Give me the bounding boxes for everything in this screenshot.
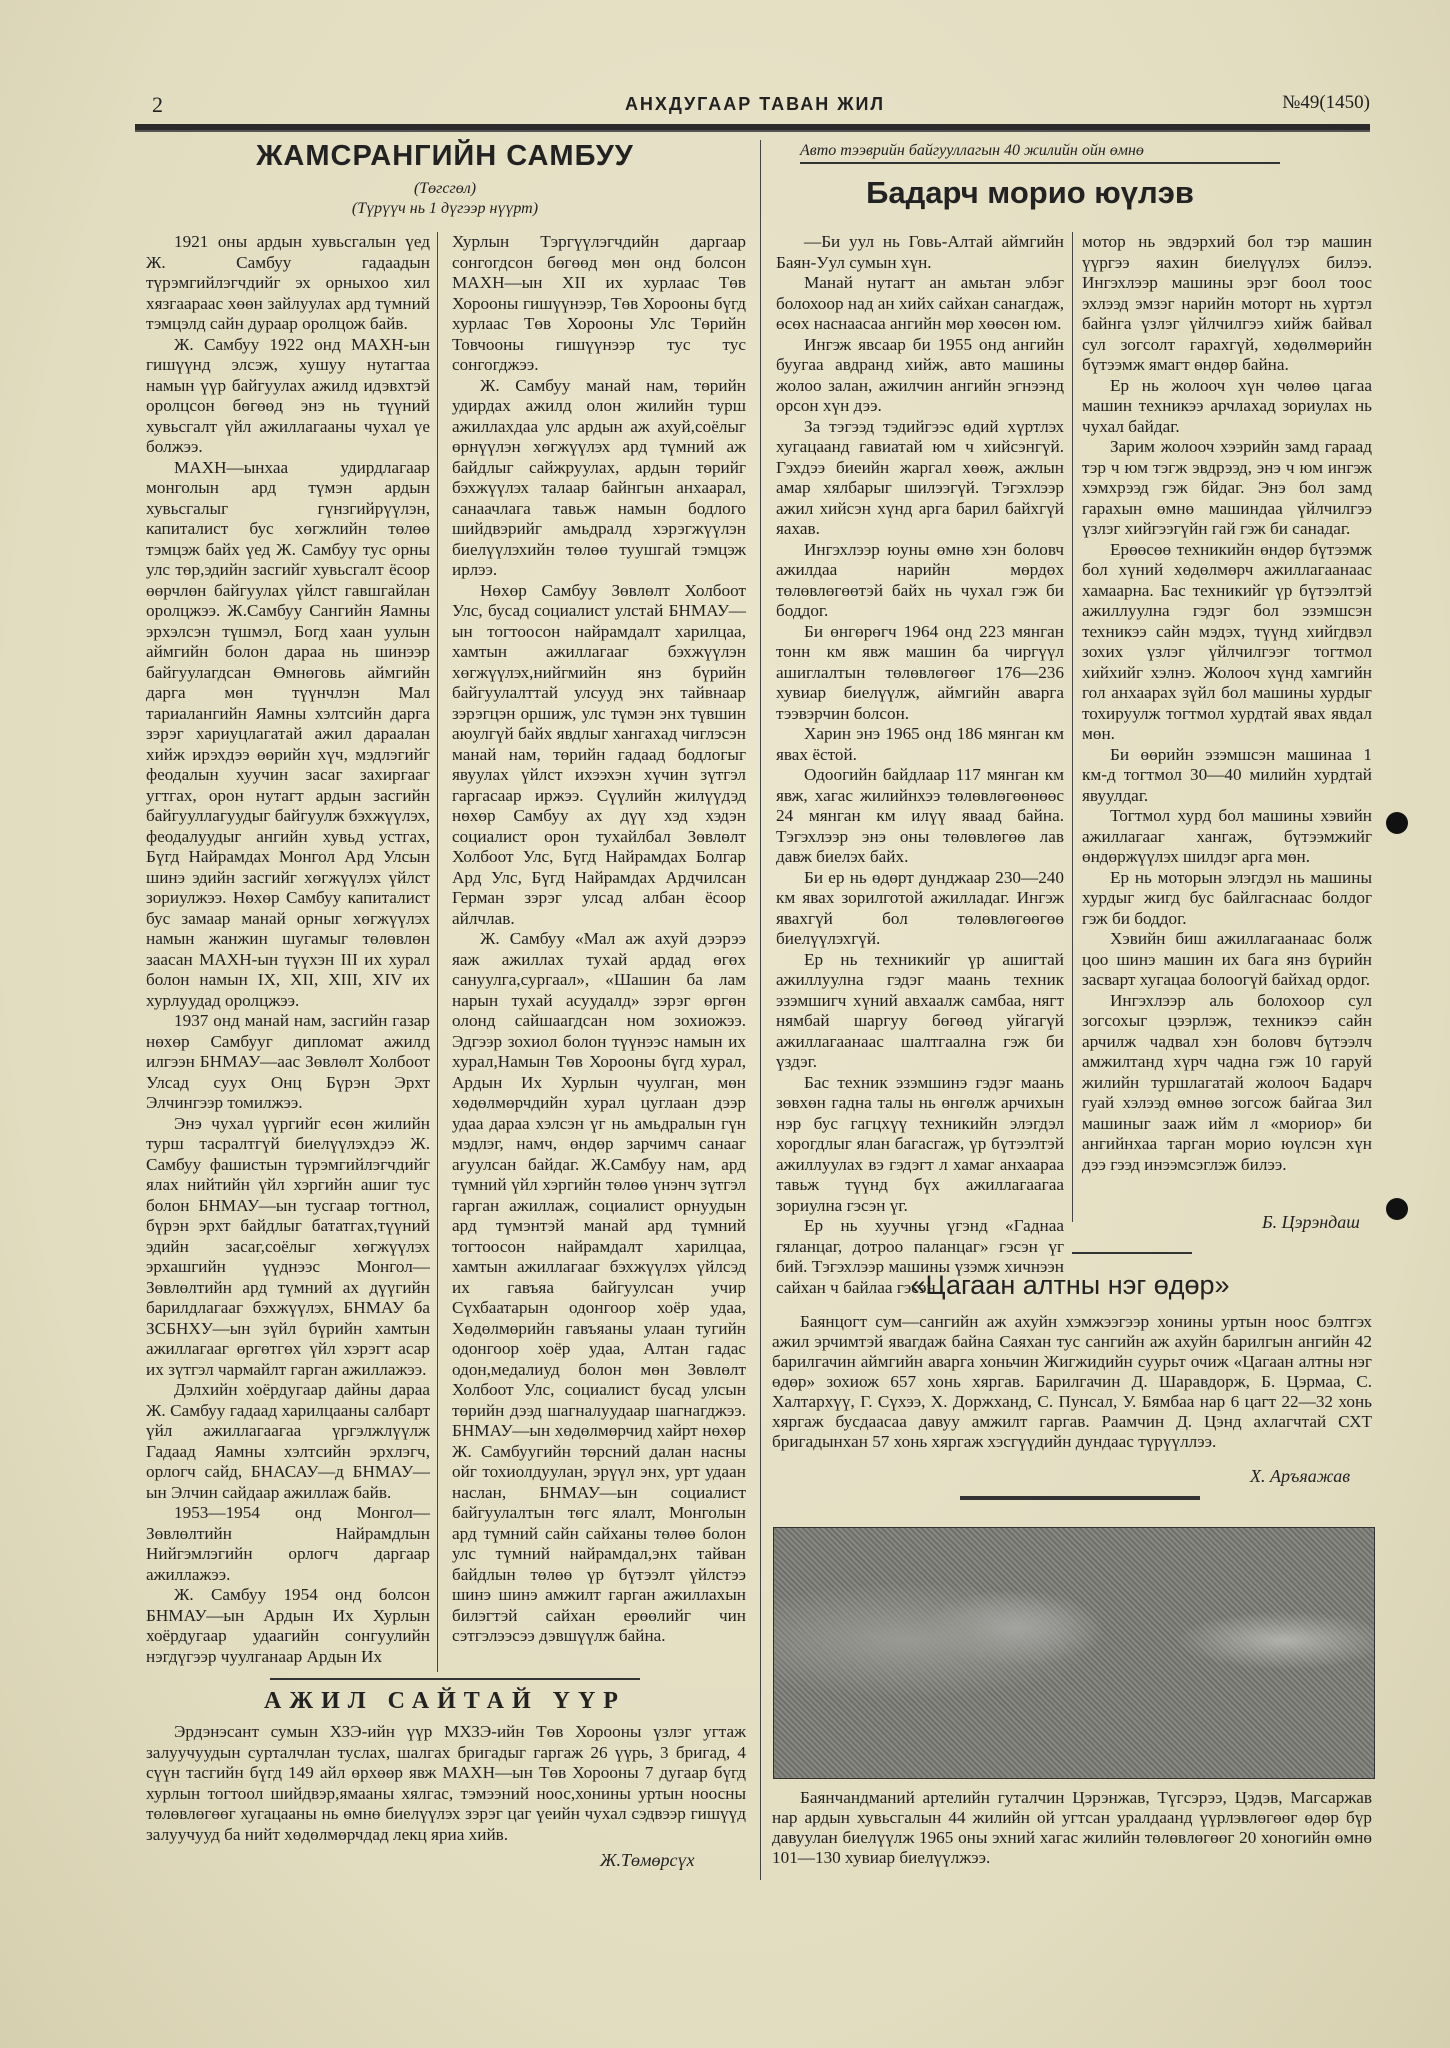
paragraph: Баянцогт сум—сангийн аж ахуйн хэмжээгээр… [772,1312,1372,1452]
paragraph: МАХН—ынхаа удирдлагаар монголын ард түмэ… [146,458,430,1012]
issue-number: №49(1450) [1282,92,1370,114]
caption-text: Баянчандманий артелийн гуталчин Цэрэнжав… [772,1788,1372,1868]
column-divider [1072,232,1073,1222]
article-title-tsagaan: «Цагаан алтны нэг өдөр» [770,1270,1370,1301]
paragraph: мотор нь эвдэрхий бол тэр машин үүргээ я… [1082,232,1372,376]
paragraph: Эрдэнэсант сумын ХЗЭ-ийн үүр МХЗЭ-ийн Тө… [146,1722,746,1845]
ajil-body: Эрдэнэсант сумын ХЗЭ-ийн үүр МХЗЭ-ийн Тө… [146,1722,746,1845]
news-photo [773,1527,1375,1779]
paragraph: Бас техник эзэмшинэ гэдэг маань зөвхөн г… [776,1073,1064,1217]
header-rule [135,124,1370,132]
photo-caption: Баянчандманий артелийн гуталчин Цэрэнжав… [772,1788,1372,1868]
paragraph: Ингэхлээр юуны өмнө хэн боловч ажилдаа н… [776,540,1064,622]
badarch-column-1: —Би уул нь Говь-Алтай аймгийн Баян-Уул с… [776,232,1064,1298]
paragraph: Энэ чухал үүргийг есөн жилийн турш тасра… [146,1114,430,1381]
paragraph: Зарим жолооч хээрийн замд гараад тэр ч ю… [1082,437,1372,540]
paragraph: Ерөөсөө техникийн өндөр бүтээмж бол хүни… [1082,540,1372,745]
divider [960,1496,1200,1500]
center-divider [760,140,761,1880]
punch-hole [1386,1198,1408,1220]
paragraph: Ингэхлээр аль болохоор сул зогсохыг цээр… [1082,991,1372,1176]
paragraph: Харин энэ 1965 онд 186 мянган км явах ёс… [776,724,1064,765]
article-subtitle-from-page: (Түрүүч нь 1 дүгээр нүүрт) [140,200,750,218]
paragraph: Одоогийн байдлаар 117 мянган км явж, хаг… [776,765,1064,868]
column-divider [437,232,438,1672]
paragraph: Ингэж явсаар би 1955 онд ангийн буугаа а… [776,335,1064,417]
paragraph: 1937 онд манай нам, засгийн газар нөхөр … [146,1011,430,1114]
paragraph: Ер нь жолооч хүн чөлөө цагаа машин техни… [1082,376,1372,438]
paragraph: Ж. Самбуу 1922 онд МАХН-ын гишүүнд элсэж… [146,335,430,458]
paragraph: Би ер нь өдөрт дунджаар 230—240 км явах … [776,868,1064,950]
paragraph: Ер нь техникийг үр ашигтай ажиллуулна гэ… [776,950,1064,1073]
paragraph: —Би уул нь Говь-Алтай аймгийн Баян-Уул с… [776,232,1064,273]
paragraph: Хурлын Тэргүүлэгчдийн даргаар сонгогдсон… [452,232,746,376]
paragraph: За тэгээд тэдийгээс өдий хүртлэх хугацаа… [776,417,1064,540]
paragraph: Хэвийн биш ажиллагаанаас болж цоо шинэ м… [1082,929,1372,991]
paragraph: Манай нутагт ан амьтан элбэг болохоор на… [776,273,1064,335]
paragraph: Нөхөр Самбуу Зөвлөлт Холбоот Улс, бусад … [452,581,746,930]
article-title-sambuu: ЖАМСРАНГИЙН САМБУУ [140,140,750,173]
end-rule [1072,1252,1192,1254]
paragraph: Би өөрийн эзэмшсэн машинаа 1 км-д тогтмо… [1082,745,1372,807]
signature-tsagaan: Х. Аръяажав [1250,1466,1350,1487]
paragraph: Ж. Самбуу «Мал аж ахуй дээрээ яаж ажилла… [452,929,746,1647]
article-title-badarch: Бадарч морио юүлэв [780,175,1280,211]
ornament-divider [270,1678,640,1680]
paragraph: Ж. Самбуу манай нам, төрийн удирдах ажил… [452,376,746,581]
paragraph: Би өнгөрөгч 1964 онд 223 мянган тонн км … [776,622,1064,725]
punch-hole [1386,812,1408,834]
article-title-ajil: АЖИЛ САЙТАЙ ҮҮР [140,1688,750,1715]
paragraph: Ер нь моторын элэгдэл нь машины хурдыг ж… [1082,868,1372,930]
paragraph: Дэлхийн хоёрдугаар дайны дараа Ж. Самбуу… [146,1380,430,1503]
page-header: 2 АНХДУГААР ТАВАН ЖИЛ №49(1450) [140,86,1370,122]
signature-badarch: Б. Цэрэндаш [1262,1212,1360,1233]
tsagaan-body: Баянцогт сум—сангийн аж ахуйн хэмжээгээр… [772,1312,1372,1452]
paragraph: 1953—1954 онд Монгол—Зөвлөлтийн Найрамдл… [146,1503,430,1585]
paragraph: 1921 оны ардын хувьсгалын үед Ж. Самбуу … [146,232,430,335]
signature-ajil: Ж.Төмөрсүх [600,1850,694,1871]
sambuu-column-2: Хурлын Тэргүүлэгчдийн даргаар сонгогдсон… [452,232,746,1647]
paragraph: Тогтмол хурд бол машины хэвийн ажиллагаа… [1082,806,1372,868]
badarch-column-2: мотор нь эвдэрхий бол тэр машин үүргээ я… [1082,232,1372,1175]
paragraph: Ж. Самбуу 1954 онд болсон БНМАУ—ын Ардын… [146,1585,430,1667]
article-kicker: Авто тээврийн байгууллагын 40 жилийн ойн… [800,142,1280,164]
article-subtitle-continued: (Төгсгөл) [140,180,750,198]
sambuu-column-1: 1921 оны ардын хувьсгалын үед Ж. Самбуу … [146,232,430,1667]
newspaper-title: АНХДУГААР ТАВАН ЖИЛ [140,94,1370,115]
newspaper-page: 2 АНХДУГААР ТАВАН ЖИЛ №49(1450) ЖАМСРАНГ… [0,0,1450,2048]
